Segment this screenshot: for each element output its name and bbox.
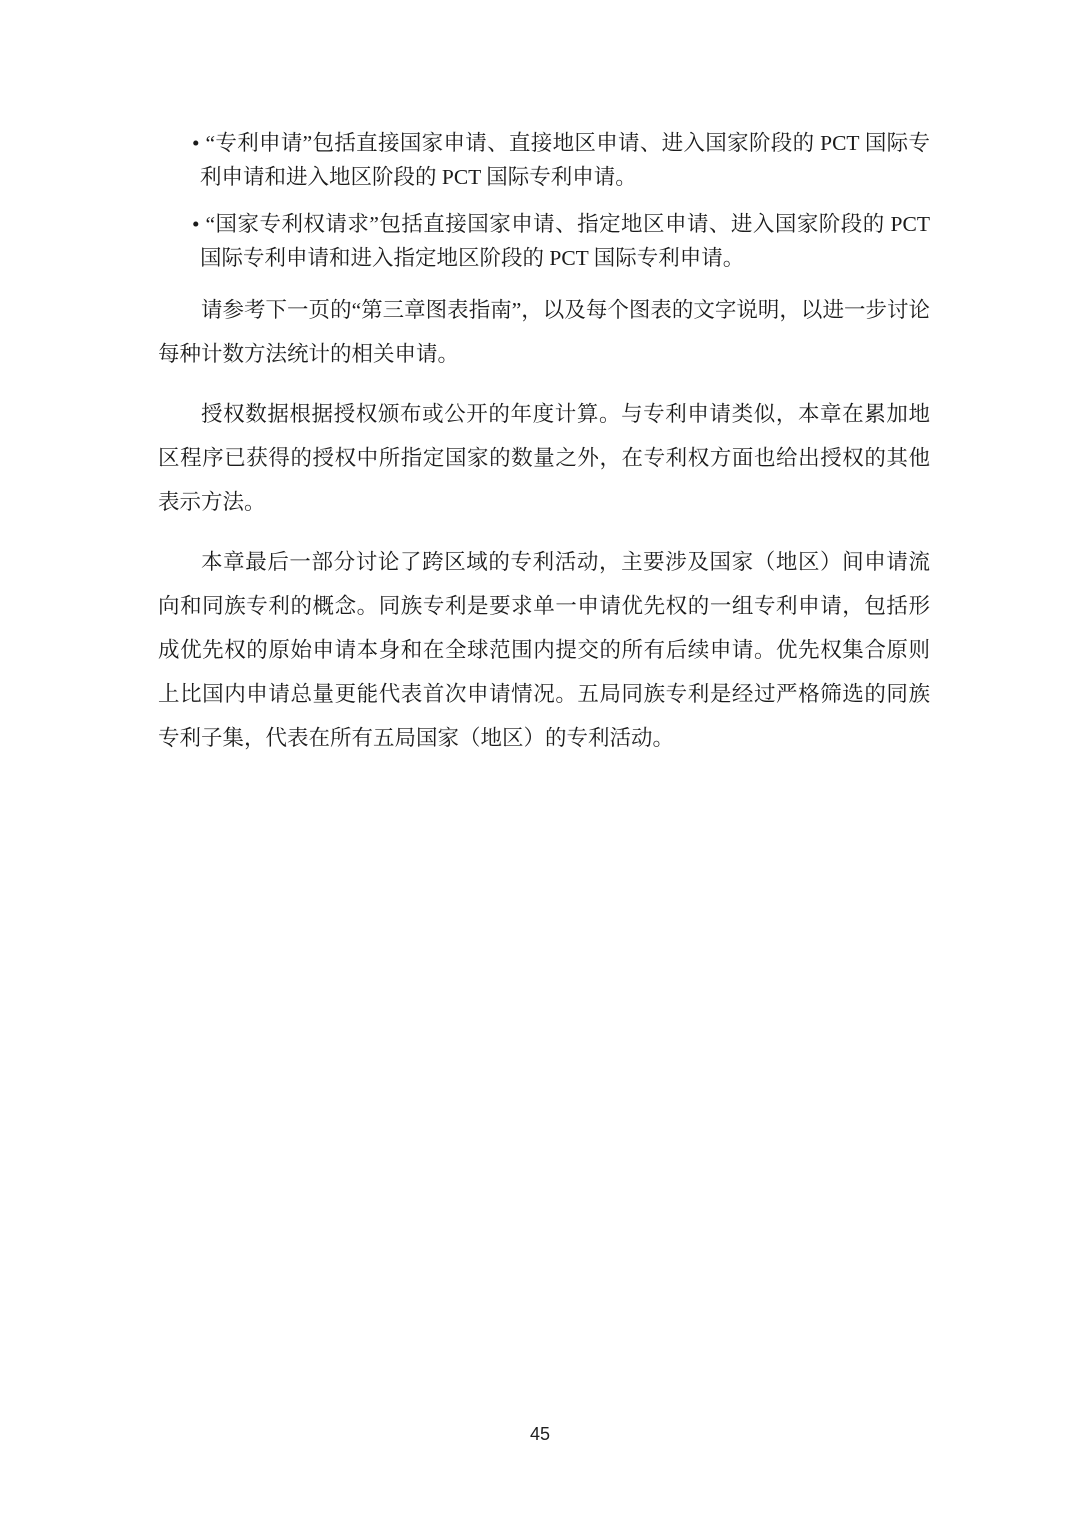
bullet-item-national-patent-right: •“国家专利权请求”包括直接国家申请、指定地区申请、进入国家阶段的 PCT 国际… — [200, 207, 930, 275]
page-content: •“专利申请”包括直接国家申请、直接地区申请、进入国家阶段的 PCT 国际专利申… — [158, 126, 930, 760]
paragraph-grant-data: 授权数据根据授权颁布或公开的年度计算。与专利申请类似，本章在累加地区程序已获得的… — [158, 392, 930, 524]
bullet-text: “专利申请”包括直接国家申请、直接地区申请、进入国家阶段的 PCT 国际专利申请… — [200, 131, 930, 189]
paragraph-cross-region: 本章最后一部分讨论了跨区域的专利活动，主要涉及国家（地区）间申请流向和同族专利的… — [158, 540, 930, 760]
bullet-item-patent-application: •“专利申请”包括直接国家申请、直接地区申请、进入国家阶段的 PCT 国际专利申… — [200, 126, 930, 194]
bullet-text: “国家专利权请求”包括直接国家申请、指定地区申请、进入国家阶段的 PCT 国际专… — [200, 212, 930, 270]
page-number: 45 — [0, 1424, 1080, 1445]
paragraph-reference: 请参考下一页的“第三章图表指南”，以及每个图表的文字说明，以进一步讨论每种计数方… — [158, 288, 930, 376]
document-page: •“专利申请”包括直接国家申请、直接地区申请、进入国家阶段的 PCT 国际专利申… — [0, 0, 1080, 1528]
bullet-icon: • — [192, 131, 200, 155]
bullet-icon: • — [192, 212, 200, 236]
